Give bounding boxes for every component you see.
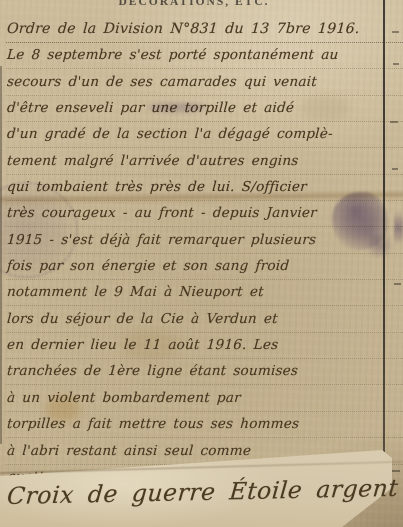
handwritten-line: notamment le 9 Mai à Nieuport et [6, 280, 403, 306]
handwritten-line: fois par son énergie et son sang froid [6, 254, 403, 280]
handwritten-citation-block: Ordre de la Division N°831 du 13 7bre 19… [6, 17, 403, 490]
handwritten-line: en dernier lieu le 11 août 1916. Les [6, 333, 403, 359]
handwritten-line: 1915 - s'est déjà fait remarquer plusieu… [6, 228, 403, 254]
handwritten-line: d'être enseveli par une torpille et aidé [6, 96, 403, 122]
handwritten-line: à un violent bombardement par [6, 386, 403, 412]
handwritten-line: tranchées de 1ère ligne étant soumises [6, 359, 403, 385]
handwritten-line: qui tombaient très près de lui. S/offici… [6, 175, 403, 201]
handwritten-line: Ordre de la Division N°831 du 13 7bre 19… [6, 17, 403, 43]
handwritten-line: secours d'un de ses camarades qui venait [6, 70, 403, 96]
scanned-document-page: DÉCORATIONS, ETC. Ordre de la Division N… [0, 0, 403, 527]
left-edge-rule [0, 66, 2, 444]
handwritten-line: lors du séjour de la Cie à Verdun et [6, 307, 403, 333]
handwritten-line: d'un gradé de la section l'a dégagé comp… [6, 122, 403, 148]
handwritten-line: torpilles a fait mettre tous ses hommes [6, 412, 403, 438]
handwritten-line: Le 8 septembre s'est porté spontanément … [6, 43, 403, 69]
handwritten-line: très courageux - au front - depuis Janvi… [6, 201, 403, 227]
handwritten-line: à l'abri restant ainsi seul comme [6, 439, 403, 465]
printed-column-header: DÉCORATIONS, ETC. [0, 0, 388, 8]
handwritten-line: tement malgré l'arrivée d'autres engins [6, 149, 403, 175]
